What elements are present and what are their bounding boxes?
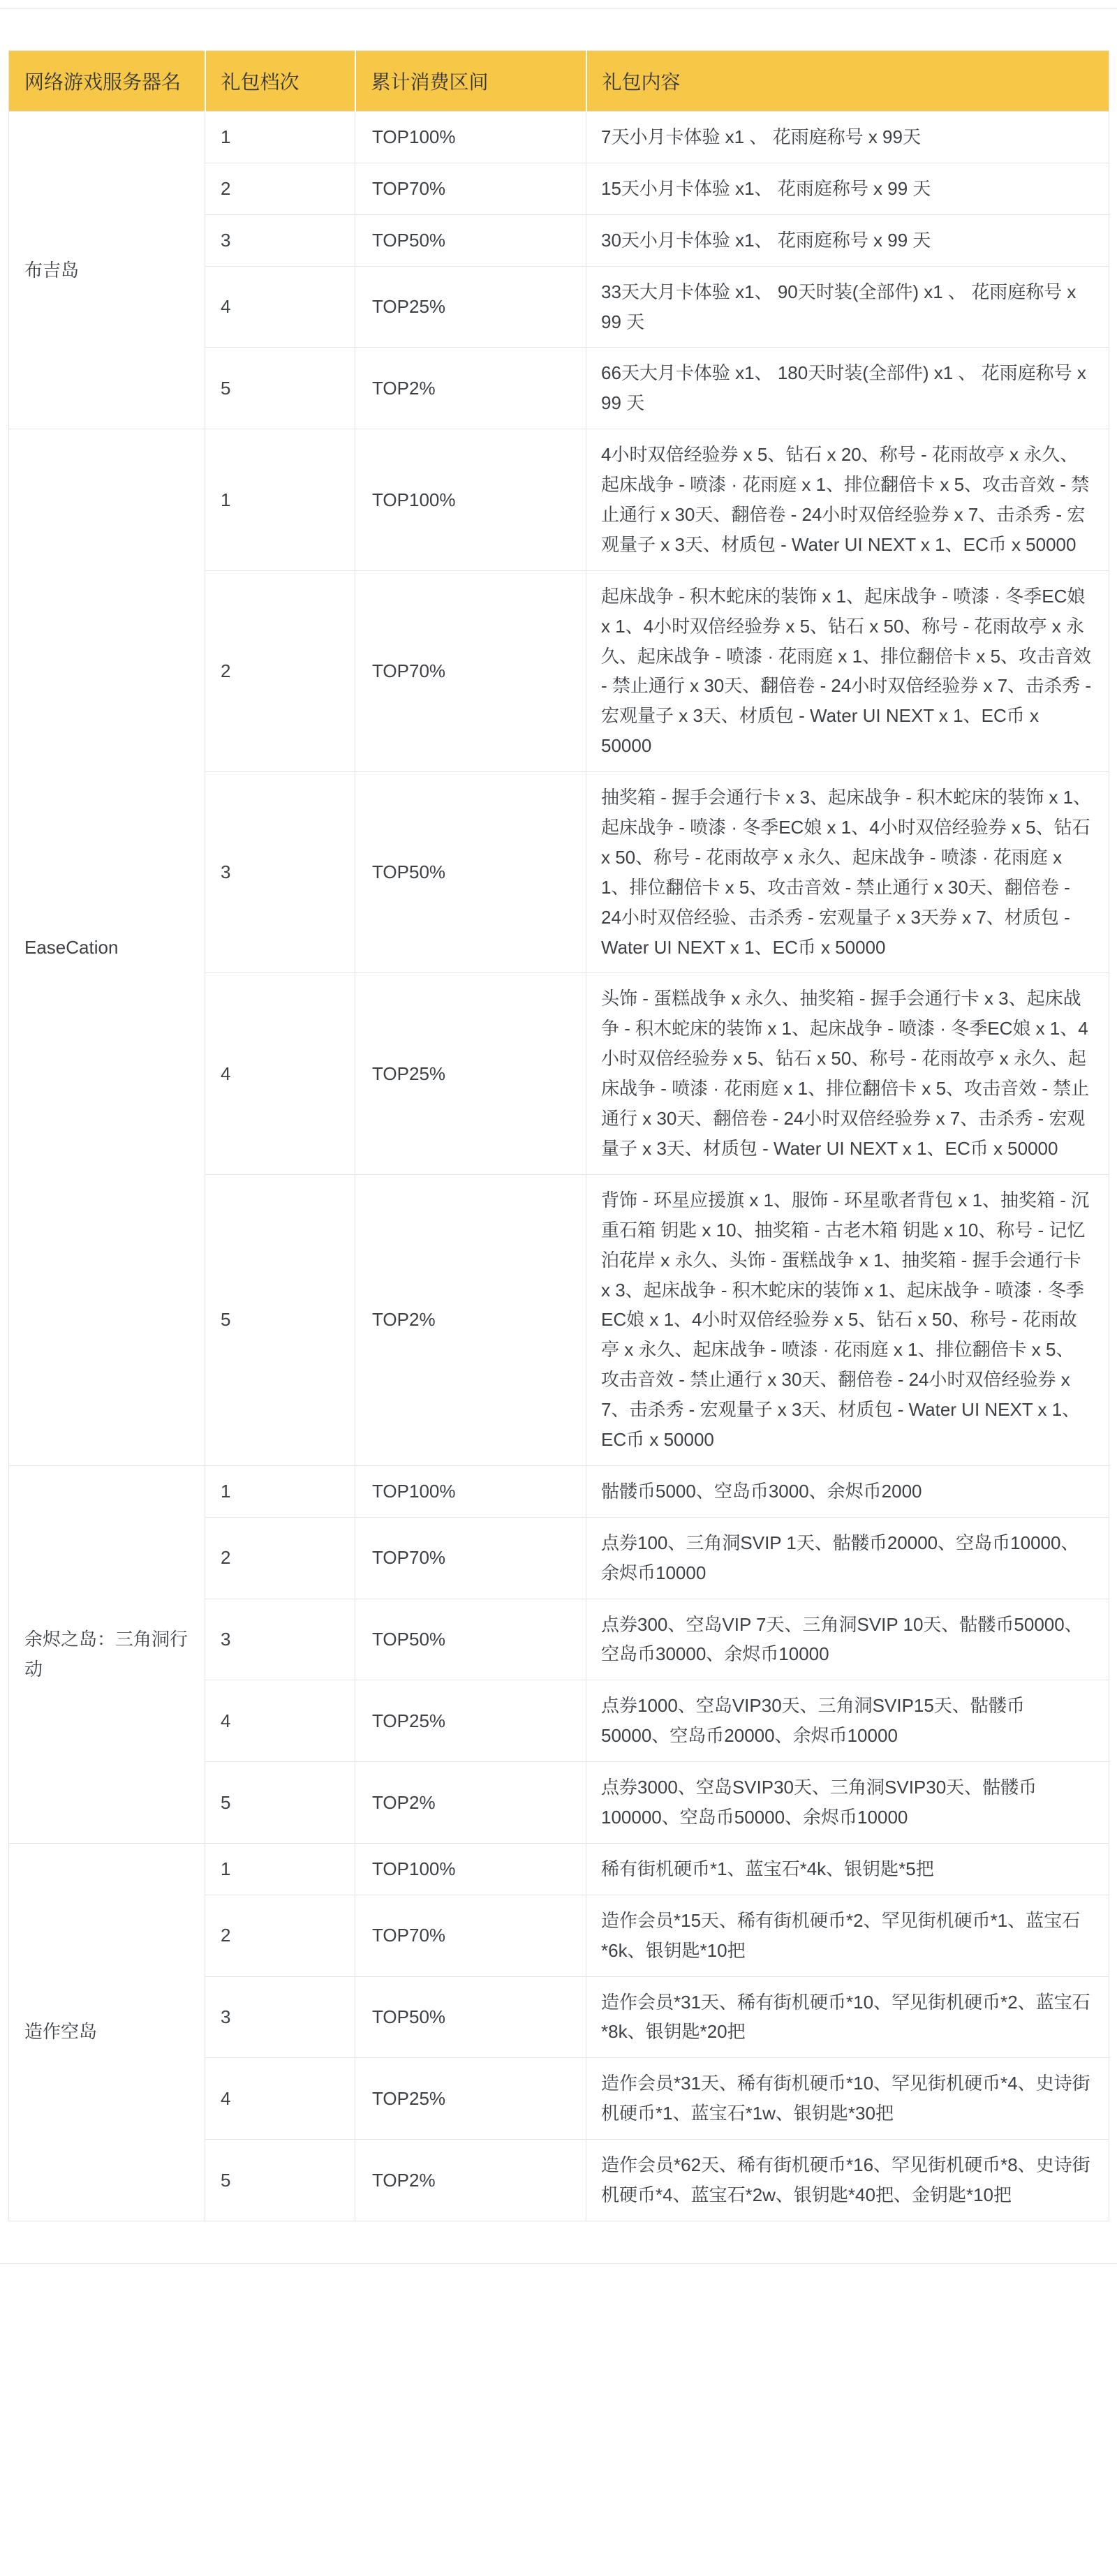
table-row: 布吉岛1TOP100%7天小月卡体验 x1 、 花雨庭称号 x 99天 [9,112,1109,163]
package-content-cell: 15天小月卡体验 x1、 花雨庭称号 x 99 天 [586,163,1109,214]
tier-cell: 1 [205,1465,355,1517]
header-cell-tier: 礼包档次 [205,51,355,112]
tier-cell: 2 [205,1517,355,1599]
consumption-range-cell: TOP2% [355,1762,586,1844]
tier-cell: 1 [205,1843,355,1895]
package-content-cell: 造作会员*15天、稀有街机硬币*2、罕见街机硬币*1、蓝宝石*6k、银钥匙*10… [586,1895,1109,1976]
package-content-cell: 造作会员*62天、稀有街机硬币*16、罕见街机硬币*8、史诗街机硬币*4、蓝宝石… [586,2140,1109,2221]
package-content-cell: 4小时双倍经验券 x 5、钻石 x 20、称号 - 花雨故亭 x 永久、起床战争… [586,429,1109,571]
header-cell-consumption-range: 累计消费区间 [355,51,586,112]
consumption-range-cell: TOP2% [355,348,586,429]
gift-package-table: 网络游戏服务器名 礼包档次 累计消费区间 礼包内容 布吉岛1TOP100%7天小… [8,50,1109,2221]
consumption-range-cell: TOP50% [355,772,586,973]
package-content-cell: 造作会员*31天、稀有街机硬币*10、罕见街机硬币*4、史诗街机硬币*1、蓝宝石… [586,2058,1109,2140]
header-cell-package-content: 礼包内容 [586,51,1109,112]
table-row: 造作空岛1TOP100%稀有街机硬币*1、蓝宝石*4k、银钥匙*5把 [9,1843,1109,1895]
server-name-cell: 造作空岛 [9,1843,205,2221]
tier-cell: 2 [205,163,355,214]
header-cell-server-name: 网络游戏服务器名 [9,51,205,112]
server-name-cell: 布吉岛 [9,112,205,429]
consumption-range-cell: TOP100% [355,112,586,163]
package-content-cell: 点券1000、空岛VIP30天、三角洞SVIP15天、骷髅币50000、空岛币2… [586,1680,1109,1762]
tier-cell: 2 [205,570,355,771]
consumption-range-cell: TOP25% [355,1680,586,1762]
package-content-cell: 66天大月卡体验 x1、 180天时装(全部件) x1 、 花雨庭称号 x 99… [586,348,1109,429]
consumption-range-cell: TOP25% [355,2058,586,2140]
consumption-range-cell: TOP70% [355,1895,586,1976]
tier-cell: 4 [205,1680,355,1762]
page-divider-bottom [0,2263,1117,2264]
consumption-range-cell: TOP100% [355,429,586,571]
consumption-range-cell: TOP25% [355,266,586,348]
tier-cell: 5 [205,1174,355,1465]
page: 网络游戏服务器名 礼包档次 累计消费区间 礼包内容 布吉岛1TOP100%7天小… [0,8,1117,2264]
tier-cell: 3 [205,1976,355,2058]
tier-cell: 1 [205,429,355,571]
table-header: 网络游戏服务器名 礼包档次 累计消费区间 礼包内容 [9,51,1109,112]
package-content-cell: 点券3000、空岛SVIP30天、三角洞SVIP30天、骷髅币100000、空岛… [586,1762,1109,1844]
table-row: EaseCation1TOP100%4小时双倍经验券 x 5、钻石 x 20、称… [9,429,1109,571]
tier-cell: 5 [205,2140,355,2221]
package-content-cell: 造作会员*31天、稀有街机硬币*10、罕见街机硬币*2、蓝宝石*8k、银钥匙*2… [586,1976,1109,2058]
tier-cell: 5 [205,1762,355,1844]
package-content-cell: 33天大月卡体验 x1、 90天时装(全部件) x1 、 花雨庭称号 x 99 … [586,266,1109,348]
package-content-cell: 7天小月卡体验 x1 、 花雨庭称号 x 99天 [586,112,1109,163]
package-content-cell: 抽奖箱 - 握手会通行卡 x 3、起床战争 - 积木蛇床的装饰 x 1、起床战争… [586,772,1109,973]
tier-cell: 3 [205,1599,355,1680]
consumption-range-cell: TOP70% [355,570,586,771]
table-body: 布吉岛1TOP100%7天小月卡体验 x1 、 花雨庭称号 x 99天2TOP7… [9,112,1109,2221]
consumption-range-cell: TOP100% [355,1843,586,1895]
consumption-range-cell: TOP70% [355,163,586,214]
table-row: 余烬之岛：三角洞行动1TOP100%骷髅币5000、空岛币3000、余烬币200… [9,1465,1109,1517]
package-content-cell: 稀有街机硬币*1、蓝宝石*4k、银钥匙*5把 [586,1843,1109,1895]
tier-cell: 4 [205,973,355,1174]
package-content-cell: 点券100、三角洞SVIP 1天、骷髅币20000、空岛币10000、余烬币10… [586,1517,1109,1599]
package-content-cell: 起床战争 - 积木蛇床的装饰 x 1、起床战争 - 喷漆 · 冬季EC娘 x 1… [586,570,1109,771]
package-content-cell: 背饰 - 环星应援旗 x 1、服饰 - 环星歌者背包 x 1、抽奖箱 - 沉重石… [586,1174,1109,1465]
consumption-range-cell: TOP25% [355,973,586,1174]
page-divider-top [0,8,1117,9]
consumption-range-cell: TOP100% [355,1465,586,1517]
consumption-range-cell: TOP50% [355,214,586,266]
package-content-cell: 头饰 - 蛋糕战争 x 永久、抽奖箱 - 握手会通行卡 x 3、起床战争 - 积… [586,973,1109,1174]
server-name-cell: 余烬之岛：三角洞行动 [9,1465,205,1843]
consumption-range-cell: TOP2% [355,1174,586,1465]
tier-cell: 4 [205,2058,355,2140]
consumption-range-cell: TOP2% [355,2140,586,2221]
package-content-cell: 点券300、空岛VIP 7天、三角洞SVIP 10天、骷髅币50000、空岛币3… [586,1599,1109,1680]
tier-cell: 3 [205,772,355,973]
tier-cell: 5 [205,348,355,429]
consumption-range-cell: TOP50% [355,1976,586,2058]
server-name-cell: EaseCation [9,429,205,1466]
tier-cell: 1 [205,112,355,163]
consumption-range-cell: TOP70% [355,1517,586,1599]
header-row: 网络游戏服务器名 礼包档次 累计消费区间 礼包内容 [9,51,1109,112]
package-content-cell: 骷髅币5000、空岛币3000、余烬币2000 [586,1465,1109,1517]
package-content-cell: 30天小月卡体验 x1、 花雨庭称号 x 99 天 [586,214,1109,266]
tier-cell: 2 [205,1895,355,1976]
tier-cell: 4 [205,266,355,348]
consumption-range-cell: TOP50% [355,1599,586,1680]
tier-cell: 3 [205,214,355,266]
